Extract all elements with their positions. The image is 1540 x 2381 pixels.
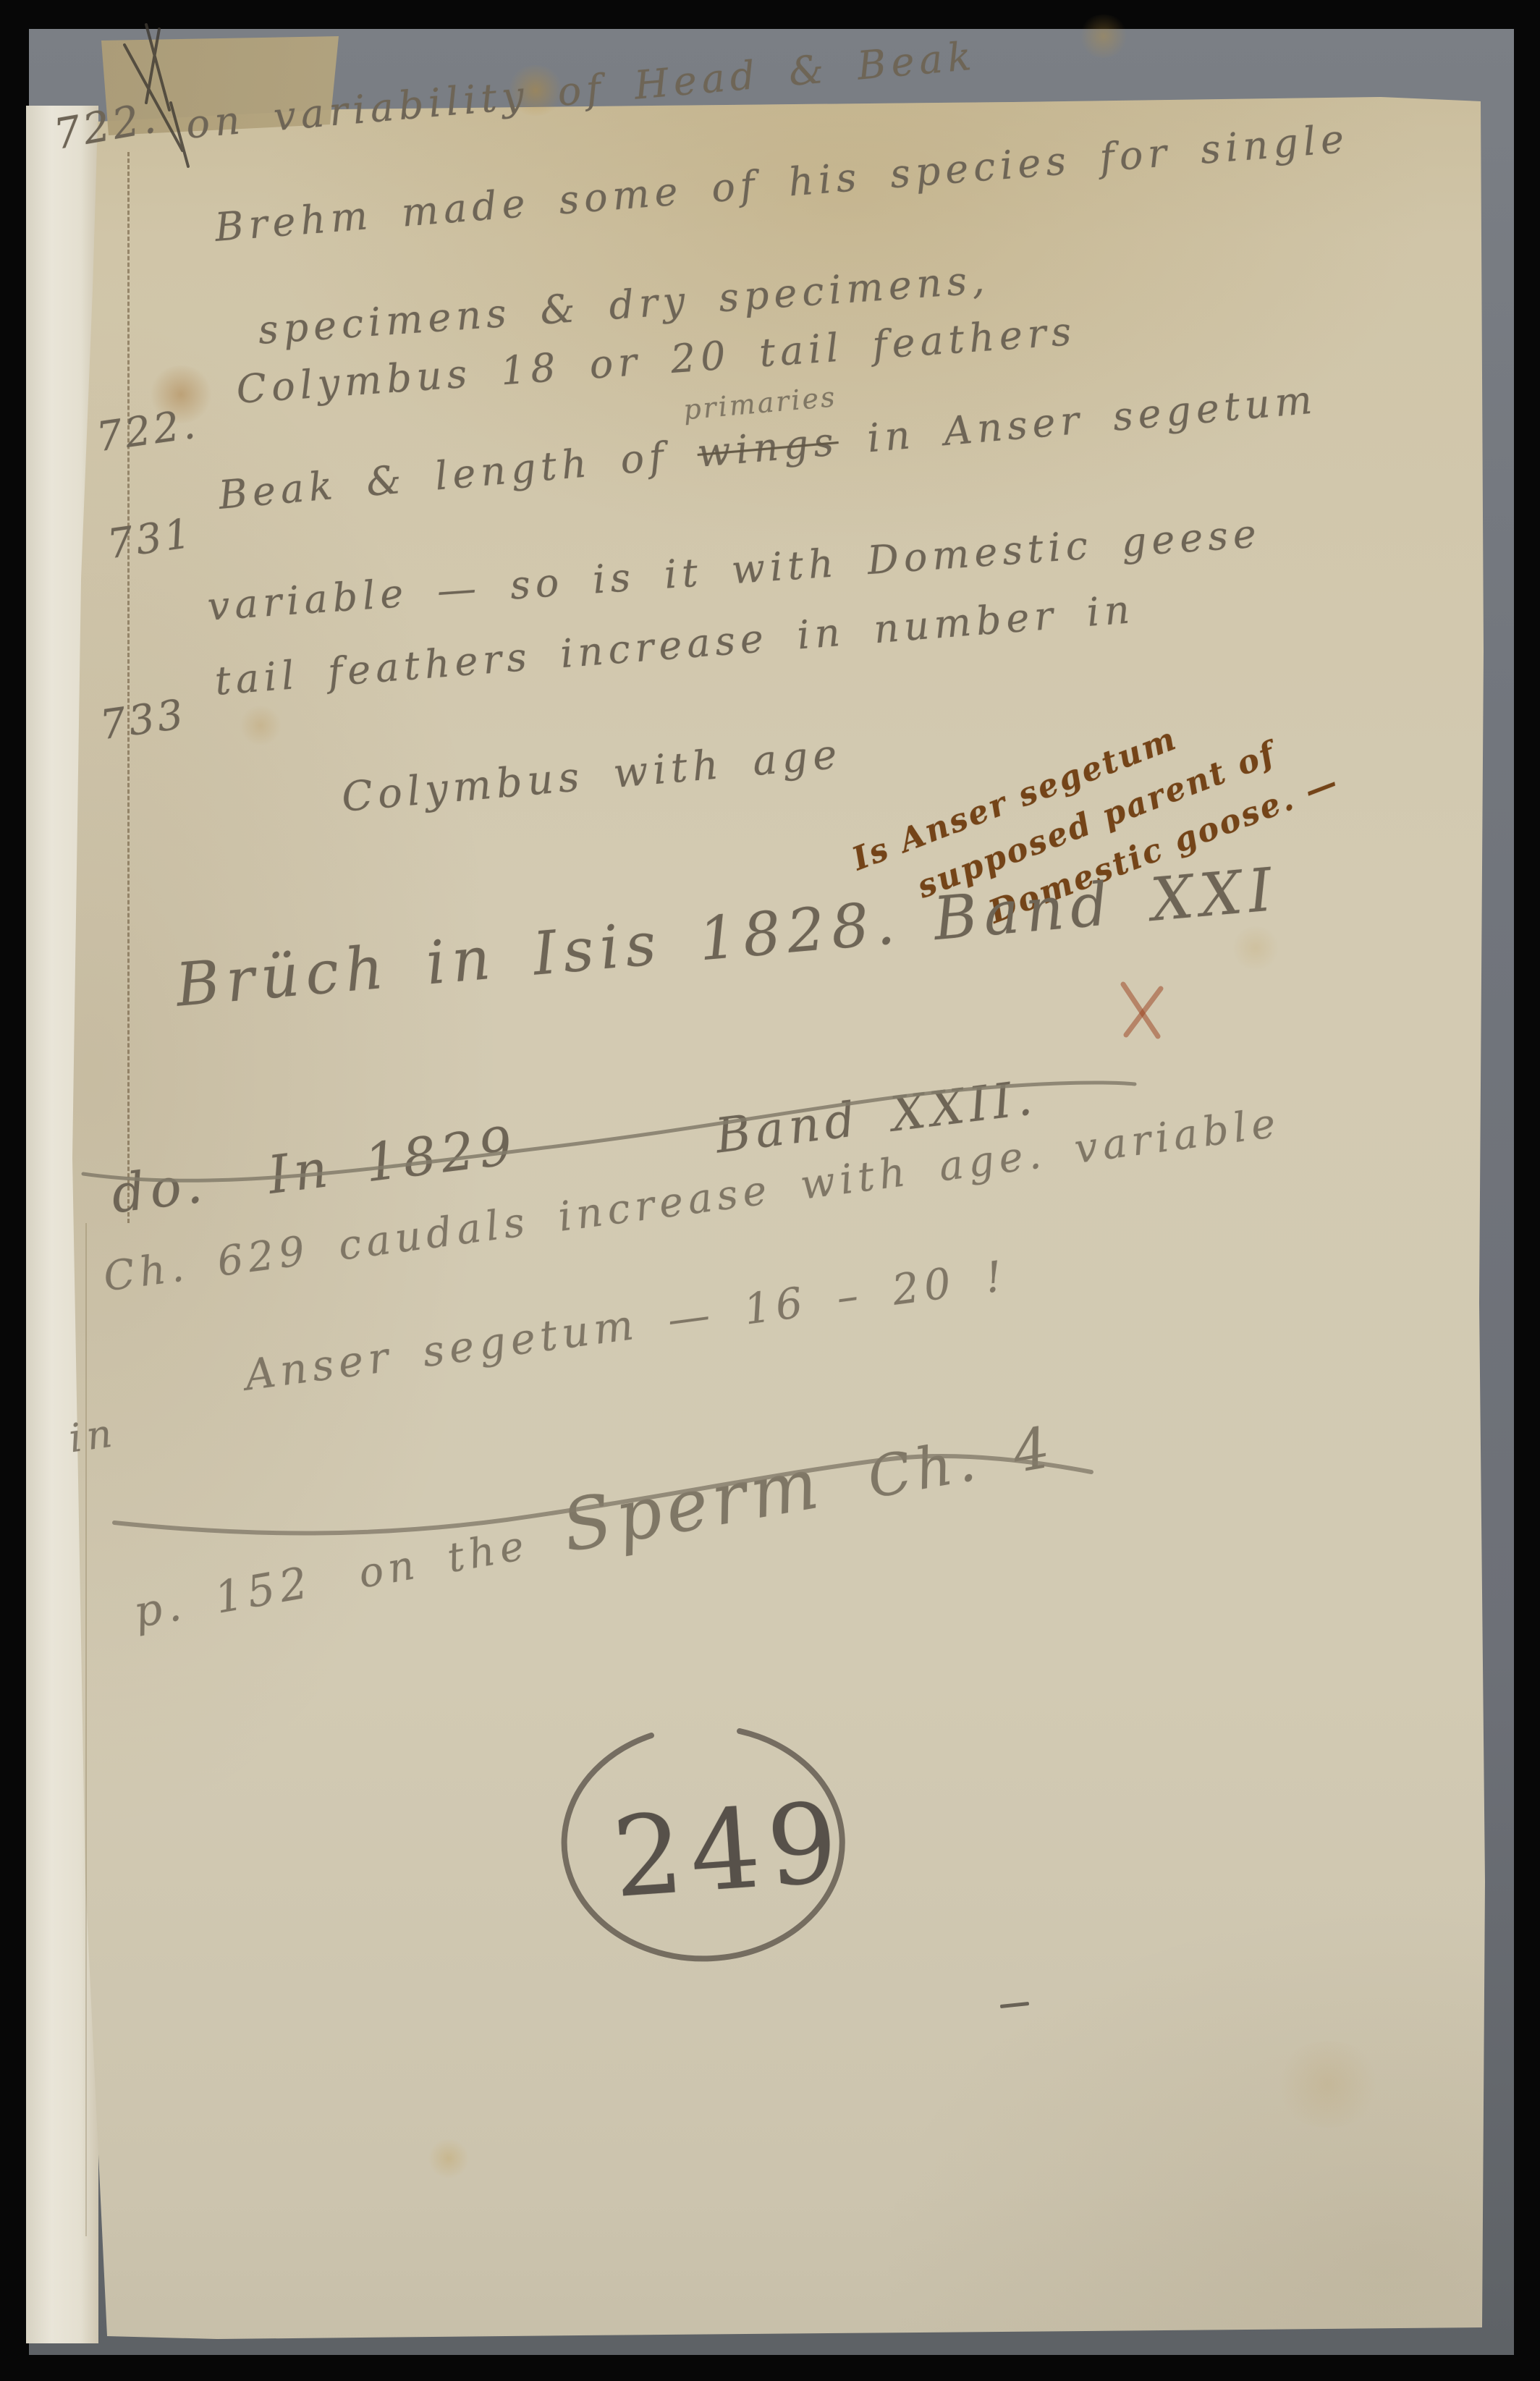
note-word: in [67,1413,119,1459]
paper-left-edge-shadow [85,1223,87,2236]
correction-slot: primarieswings [695,422,840,473]
entry-number: 733 [98,694,189,746]
entry-number: 731 [105,513,196,565]
circled-folio-number: 249 [591,1777,866,1923]
ditto-mark: do. [108,1153,210,1225]
stitched-paper-edge [127,152,130,1223]
scanned-manuscript-page: 722. on variability of Head & Beak Brehm… [0,0,1540,2381]
